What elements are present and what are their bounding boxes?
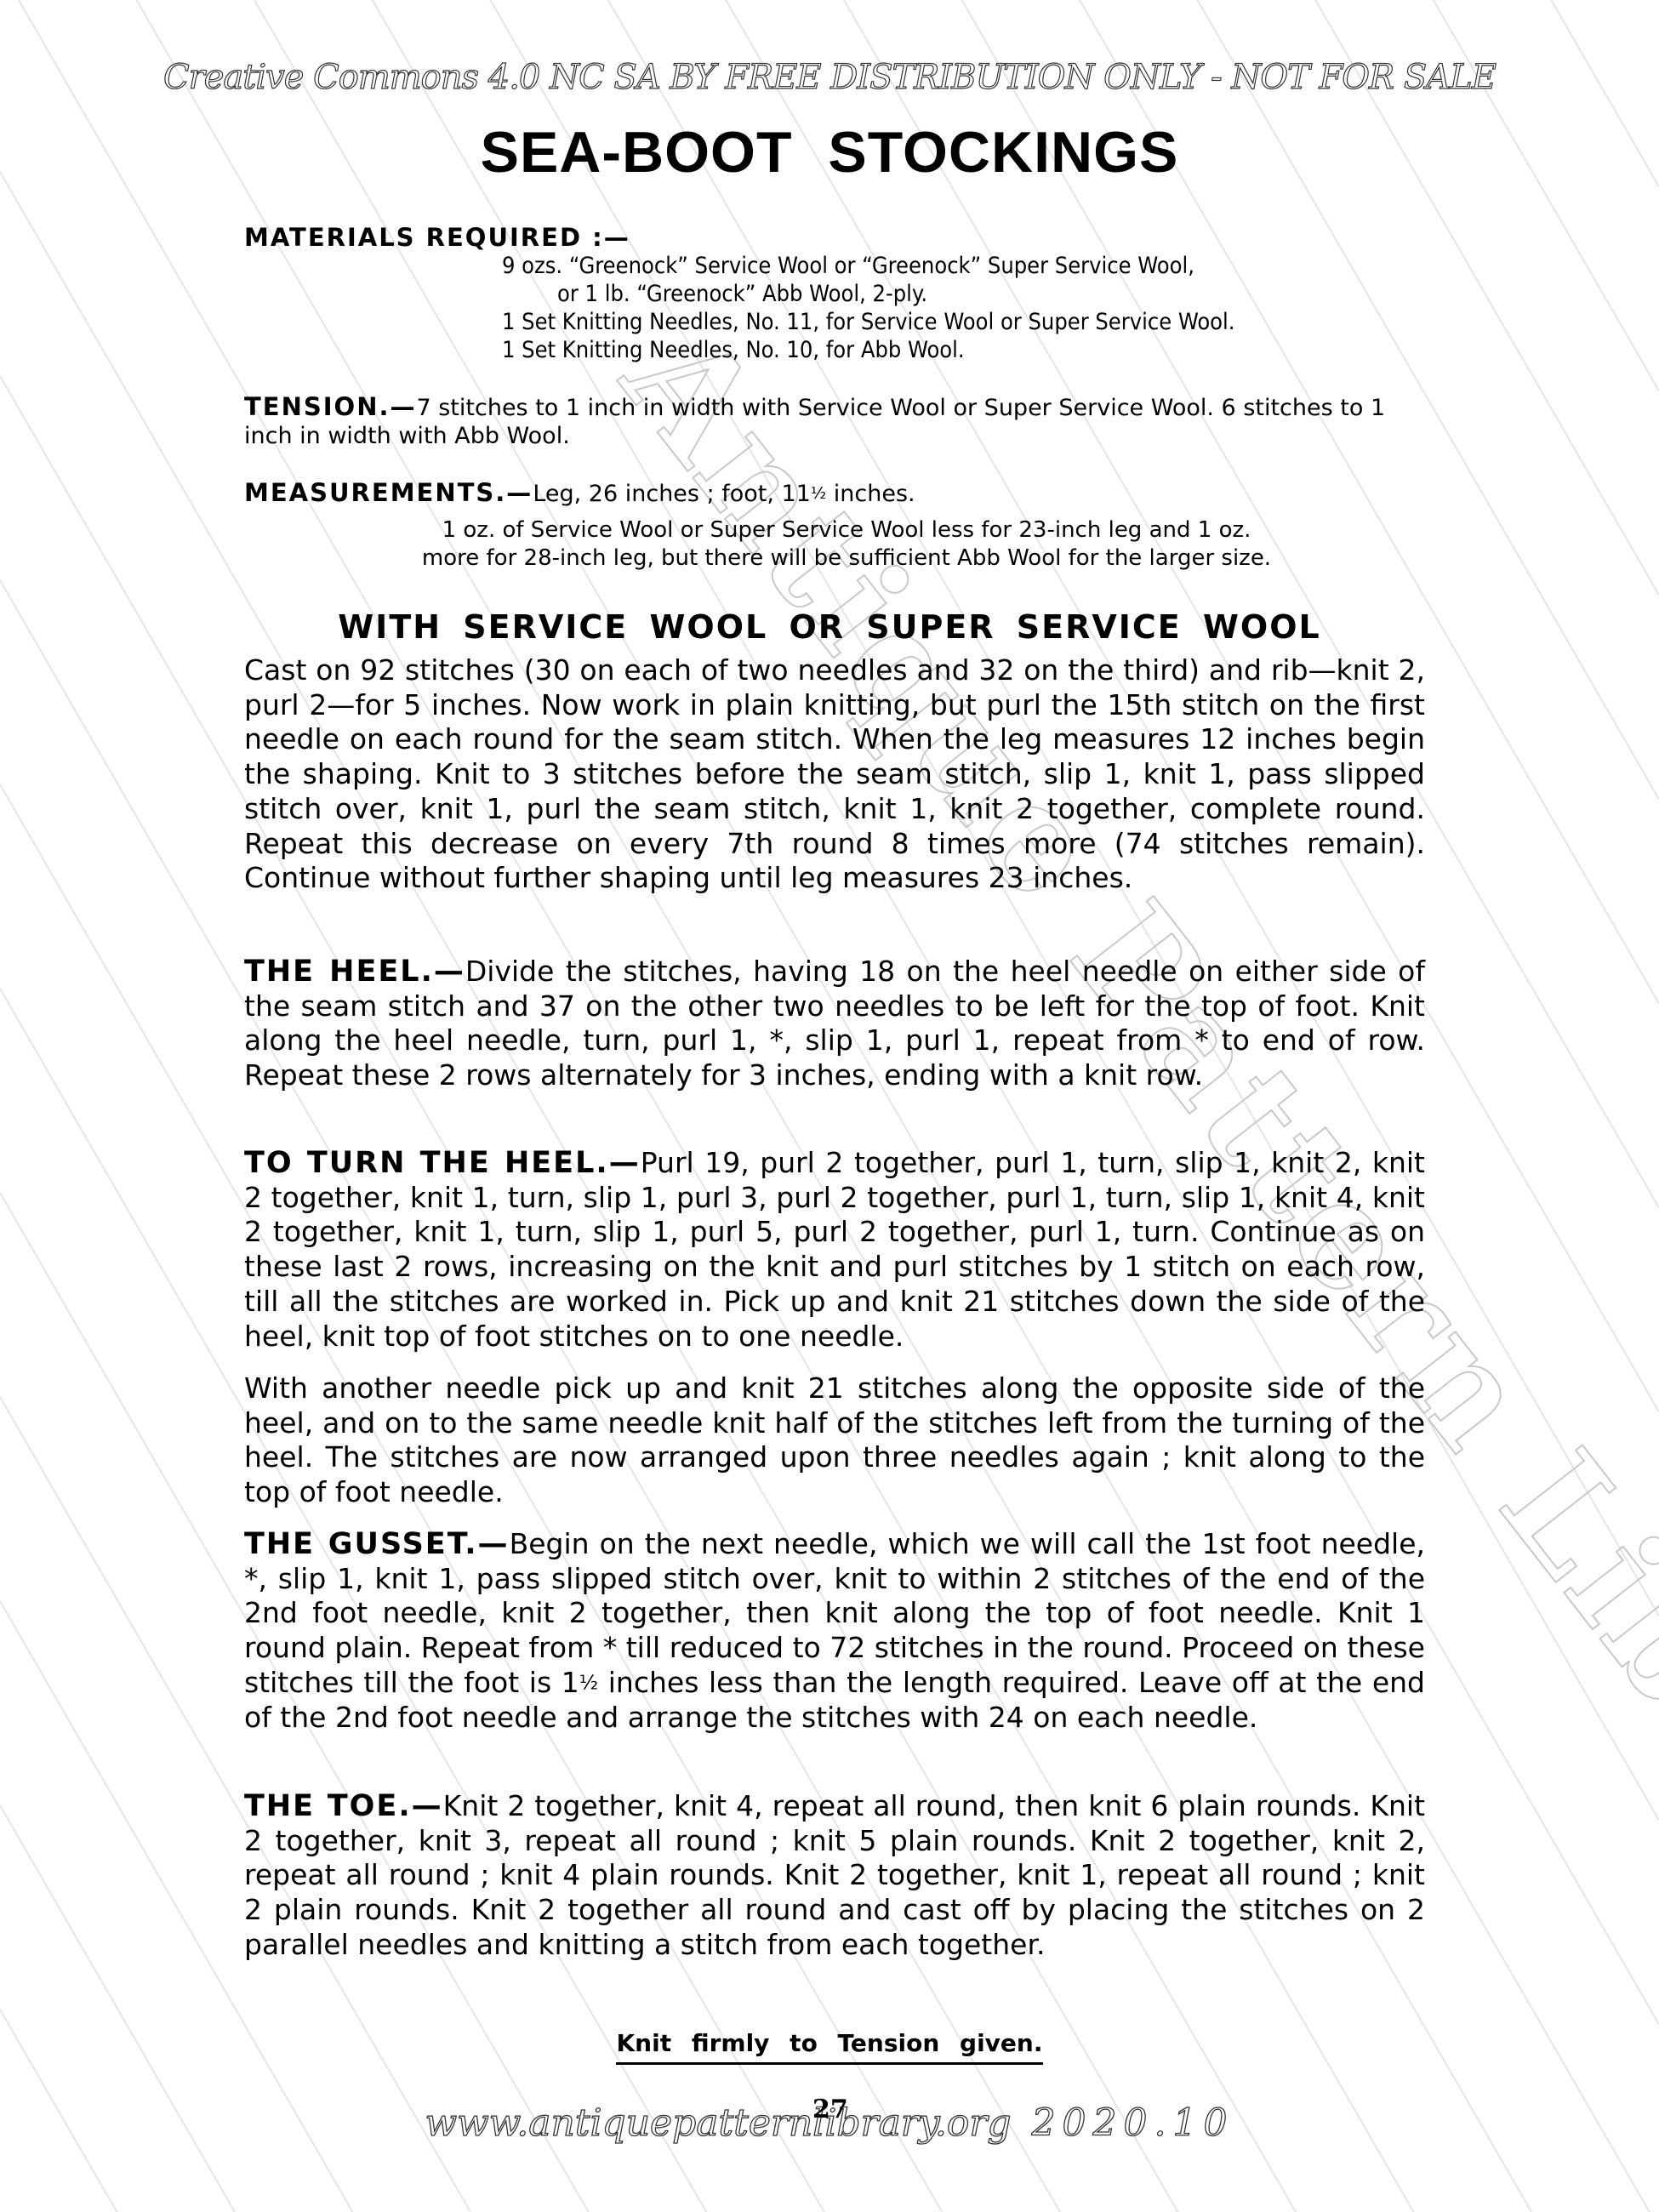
- closing-note-text: Knit firmly to Tension given.: [616, 2029, 1042, 2065]
- materials-list: 9 ozs. “Greenock” Service Wool or “Green…: [502, 252, 1235, 364]
- toe-label: THE TOE.—: [244, 1789, 443, 1823]
- pattern-page: Creative Commons 4.0 NC SA BY FREE DISTR…: [0, 0, 1659, 2212]
- measurements-section: MEASUREMENTS.—Leg, 26 inches ; foot, 11½…: [244, 478, 915, 507]
- paragraph-heel: THE HEEL.—Divide the stitches, having 18…: [244, 955, 1425, 1093]
- note-line: 1 oz. of Service Wool or Super Service W…: [357, 516, 1336, 544]
- materials-item: 9 ozs. “Greenock” Service Wool or “Green…: [502, 252, 1235, 280]
- footer-date: 2020.10: [1032, 2101, 1234, 2145]
- footer-url: www.antiquepatternlibrary.org: [425, 2101, 1011, 2145]
- tension-label: TENSION.—: [244, 392, 416, 421]
- paragraph-cast-on: Cast on 92 stitches (30 on each of two n…: [244, 653, 1425, 896]
- license-banner: Creative Commons 4.0 NC SA BY FREE DISTR…: [0, 58, 1659, 97]
- measurements-label: MEASUREMENTS.—: [244, 478, 533, 507]
- measurements-note: 1 oz. of Service Wool or Super Service W…: [357, 516, 1336, 573]
- materials-item: 1 Set Knitting Needles, No. 11, for Serv…: [502, 308, 1235, 336]
- section-heading: WITH SERVICE WOOL OR SUPER SERVICE WOOL: [0, 608, 1659, 646]
- measurements-text: Leg, 26 inches ; foot, 11: [533, 481, 811, 507]
- page-number: 27: [812, 2095, 848, 2124]
- gusset-label: THE GUSSET.—: [244, 1527, 510, 1561]
- page-title: SEA-BOOT STOCKINGS: [0, 119, 1659, 185]
- heel-label: THE HEEL.—: [244, 955, 465, 989]
- fraction: ½: [811, 484, 826, 503]
- paragraph-another-needle: With another needle pick up and knit 21 …: [244, 1371, 1425, 1510]
- paragraph-turn-heel: TO TURN THE HEEL.—Purl 19, purl 2 togeth…: [244, 1146, 1425, 1354]
- paragraph-gusset: THE GUSSET.—Begin on the next needle, wh…: [244, 1527, 1425, 1736]
- closing-note: Knit firmly to Tension given.: [0, 2029, 1659, 2065]
- turn-heel-label: TO TURN THE HEEL.—: [244, 1146, 641, 1180]
- fraction: ½: [579, 1672, 598, 1694]
- measurements-text-end: inches.: [826, 481, 915, 507]
- note-line: more for 28-inch leg, but there will be …: [357, 544, 1336, 573]
- paragraph-toe: THE TOE.—Knit 2 together, knit 4, repeat…: [244, 1789, 1425, 1963]
- materials-item: 1 Set Knitting Needles, No. 10, for Abb …: [502, 336, 1235, 364]
- materials-heading: MATERIALS REQUIRED :—: [244, 223, 630, 252]
- tension-section: TENSION.—7 stitches to 1 inch in width w…: [244, 393, 1431, 450]
- materials-item: or 1 lb. “Greenock” Abb Wool, 2-ply.: [502, 280, 1235, 308]
- tension-text: 7 stitches to 1 inch in width with Servi…: [244, 395, 1385, 449]
- materials-label: MATERIALS REQUIRED :—: [244, 223, 630, 252]
